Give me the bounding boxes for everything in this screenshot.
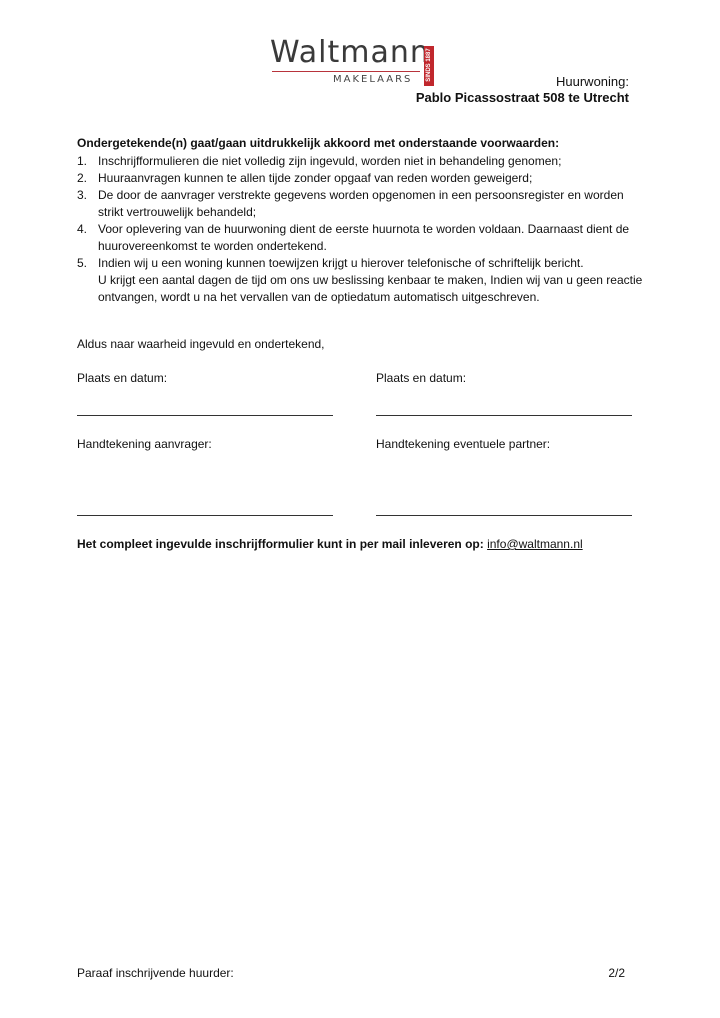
signature-applicant-line[interactable] xyxy=(77,515,333,516)
condition-item: 4.Voor oplevering van de huurwoning dien… xyxy=(77,221,647,255)
place-date-line-left[interactable] xyxy=(77,415,333,416)
place-date-label-left: Plaats en datum: xyxy=(77,371,167,385)
page-number: 2/2 xyxy=(608,966,625,980)
place-date-label-right: Plaats en datum: xyxy=(376,371,466,385)
property-label: Huurwoning: xyxy=(556,74,629,89)
property-address: Pablo Picassostraat 508 te Utrecht xyxy=(416,90,629,105)
conditions-list: 1.Inschrijfformulieren die niet volledig… xyxy=(77,153,647,306)
email-link[interactable]: info@waltmann.nl xyxy=(487,537,583,551)
logo-badge-text: SINDS 1887 xyxy=(426,46,432,84)
logo-badge: SINDS 1887 xyxy=(424,46,434,86)
mail-instruction-text: Het compleet ingevulde inschrijfformulie… xyxy=(77,537,484,551)
place-date-line-right[interactable] xyxy=(376,415,632,416)
condition-item: 5.Indien wij u een woning kunnen toewijz… xyxy=(77,255,647,306)
mail-instruction: Het compleet ingevulde inschrijfformulie… xyxy=(77,537,583,551)
closing-statement: Aldus naar waarheid ingevuld en ondertek… xyxy=(77,337,325,351)
signature-partner-label: Handtekening eventuele partner: xyxy=(376,437,550,451)
condition-item: 3.De door de aanvrager verstrekte gegeve… xyxy=(77,187,647,221)
company-logo: Waltmann MAKELAARS SINDS 1887 xyxy=(270,40,440,90)
initials-label: Paraaf inschrijvende huurder: xyxy=(77,966,234,980)
condition-item: 2.Huuraanvragen kunnen te allen tijde zo… xyxy=(77,170,647,187)
signature-applicant-label: Handtekening aanvrager: xyxy=(77,437,212,451)
logo-subtitle: MAKELAARS xyxy=(333,74,412,85)
logo-divider xyxy=(272,71,420,72)
conditions-intro: Ondergetekende(n) gaat/gaan uitdrukkelij… xyxy=(77,136,559,150)
condition-item: 1.Inschrijfformulieren die niet volledig… xyxy=(77,153,647,170)
logo-wordmark: Waltmann xyxy=(270,37,430,69)
signature-partner-line[interactable] xyxy=(376,515,632,516)
